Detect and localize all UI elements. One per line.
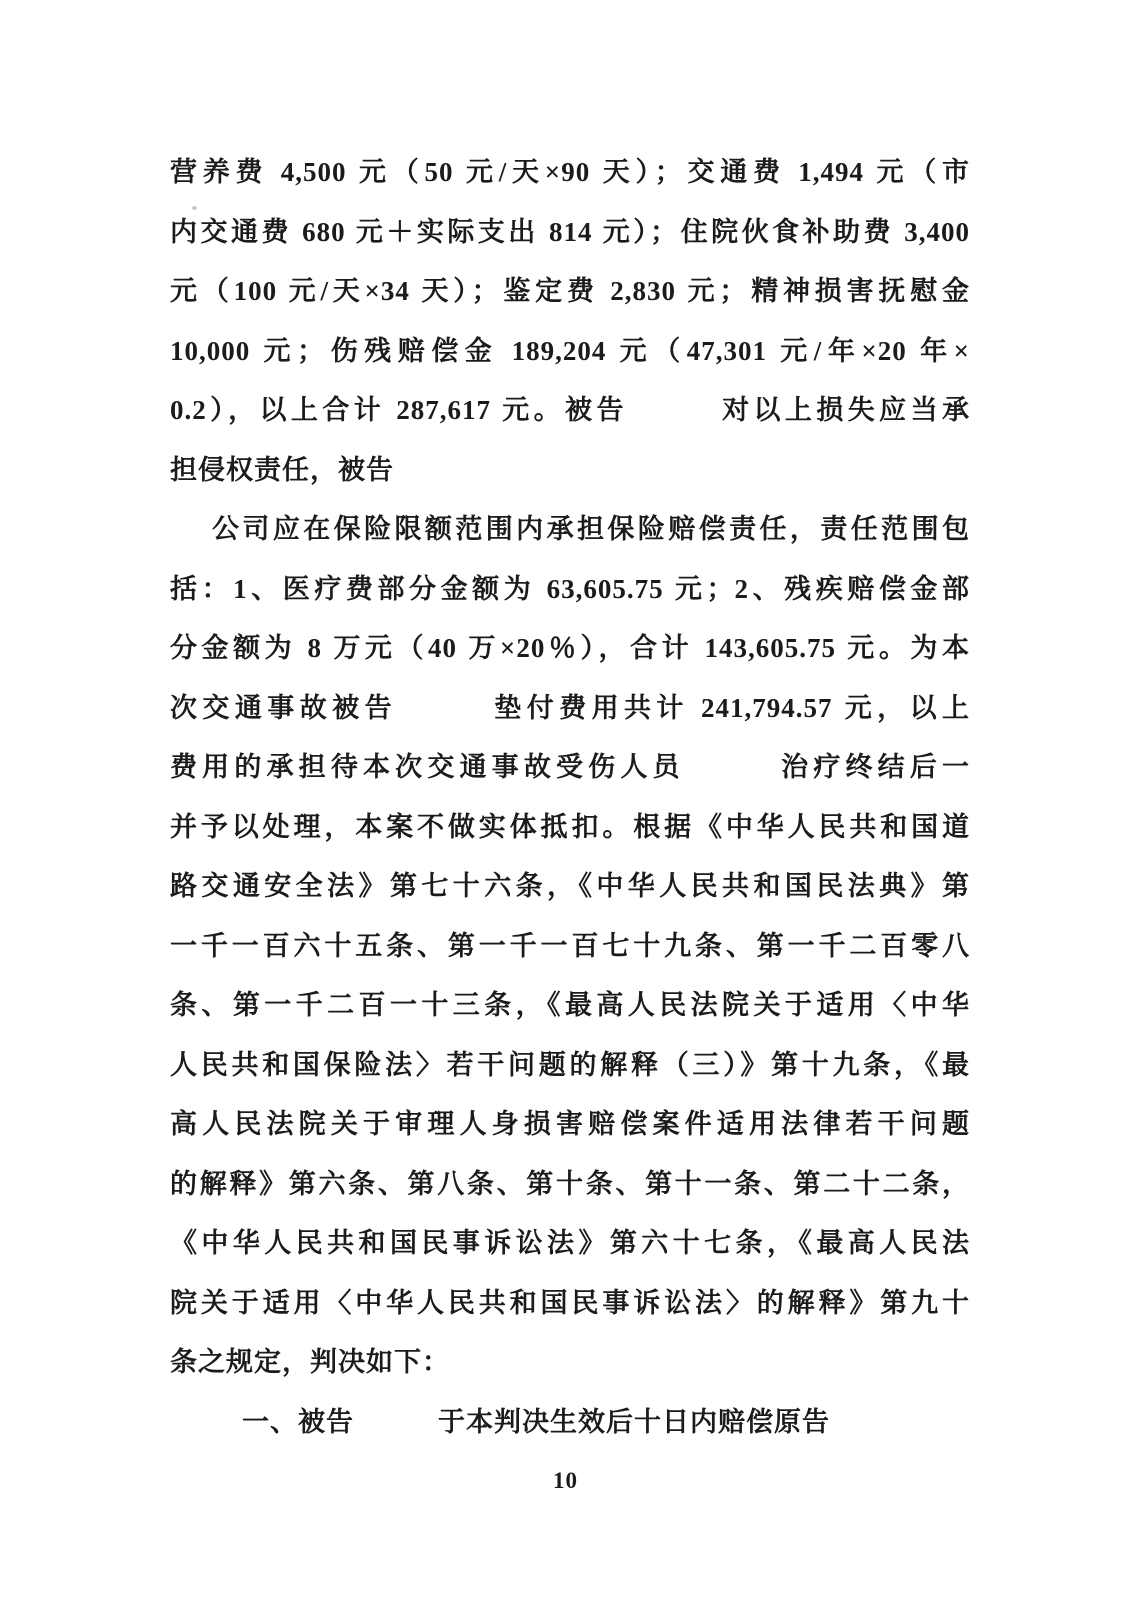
text-line: 《中华人民共和国民事诉讼法》第六十七条，《最高人民法	[170, 1214, 970, 1274]
judgment-text: 营养费 4,500 元（50 元/天×90 天）；交通费 1,494 元（市 内…	[170, 143, 970, 1452]
text-line: 条、第一千二百一十三条，《最高人民法院关于适用〈中华	[170, 976, 970, 1036]
text-line: 一千一百六十五条、第一千一百七十九条、第一千二百零八	[170, 917, 970, 977]
text-line: 路交通安全法》第七十六条，《中华人民共和国民法典》第	[170, 857, 970, 917]
text-line: 担侵权责任，被告	[170, 441, 970, 501]
text-line: 的解释》第六条、第八条、第十条、第十一条、第二十二条，	[170, 1155, 970, 1215]
text-line: 0.2），以上合计 287,617 元。被告 对以上损失应当承	[170, 381, 970, 441]
text-line: 次交通事故被告 垫付费用共计 241,794.57 元，以上	[170, 679, 970, 739]
text-line: 并予以处理，本案不做实体抵扣。根据《中华人民共和国道	[170, 798, 970, 858]
text-line: 分金额为 8 万元（40 万×20％），合计 143,605.75 元。为本	[170, 619, 970, 679]
text-line: 括：1、医疗费部分金额为 63,605.75 元；2、残疾赔偿金部	[170, 560, 970, 620]
document-page: 营养费 4,500 元（50 元/天×90 天）；交通费 1,494 元（市 内…	[0, 0, 1131, 1600]
text-line: 院关于适用〈中华人民共和国民事诉讼法〉的解释》第九十	[170, 1274, 970, 1334]
text-line: 费用的承担待本次交通事故受伤人员 治疗终结后一	[170, 738, 970, 798]
text-line: 内交通费 680 元＋实际支出 814 元）；住院伙食补助费 3,400	[170, 203, 970, 263]
text-line: 一、被告 于本判决生效后十日内赔偿原告	[170, 1393, 970, 1453]
page-number: 10	[0, 1468, 1131, 1494]
text-line: 人民共和国保险法〉若干问题的解释（三）》第十九条，《最	[170, 1036, 970, 1096]
text-line: 10,000 元；伤残赔偿金 189,204 元（47,301 元/年×20 年…	[170, 322, 970, 382]
text-line: 营养费 4,500 元（50 元/天×90 天）；交通费 1,494 元（市	[170, 143, 970, 203]
text-line: 元（100 元/天×34 天）；鉴定费 2,830 元；精神损害抚慰金	[170, 262, 970, 322]
text-line: 公司应在保险限额范围内承担保险赔偿责任，责任范围包	[170, 500, 970, 560]
text-line: 高人民法院关于审理人身损害赔偿案件适用法律若干问题	[170, 1095, 970, 1155]
text-line: 条之规定，判决如下：	[170, 1333, 970, 1393]
